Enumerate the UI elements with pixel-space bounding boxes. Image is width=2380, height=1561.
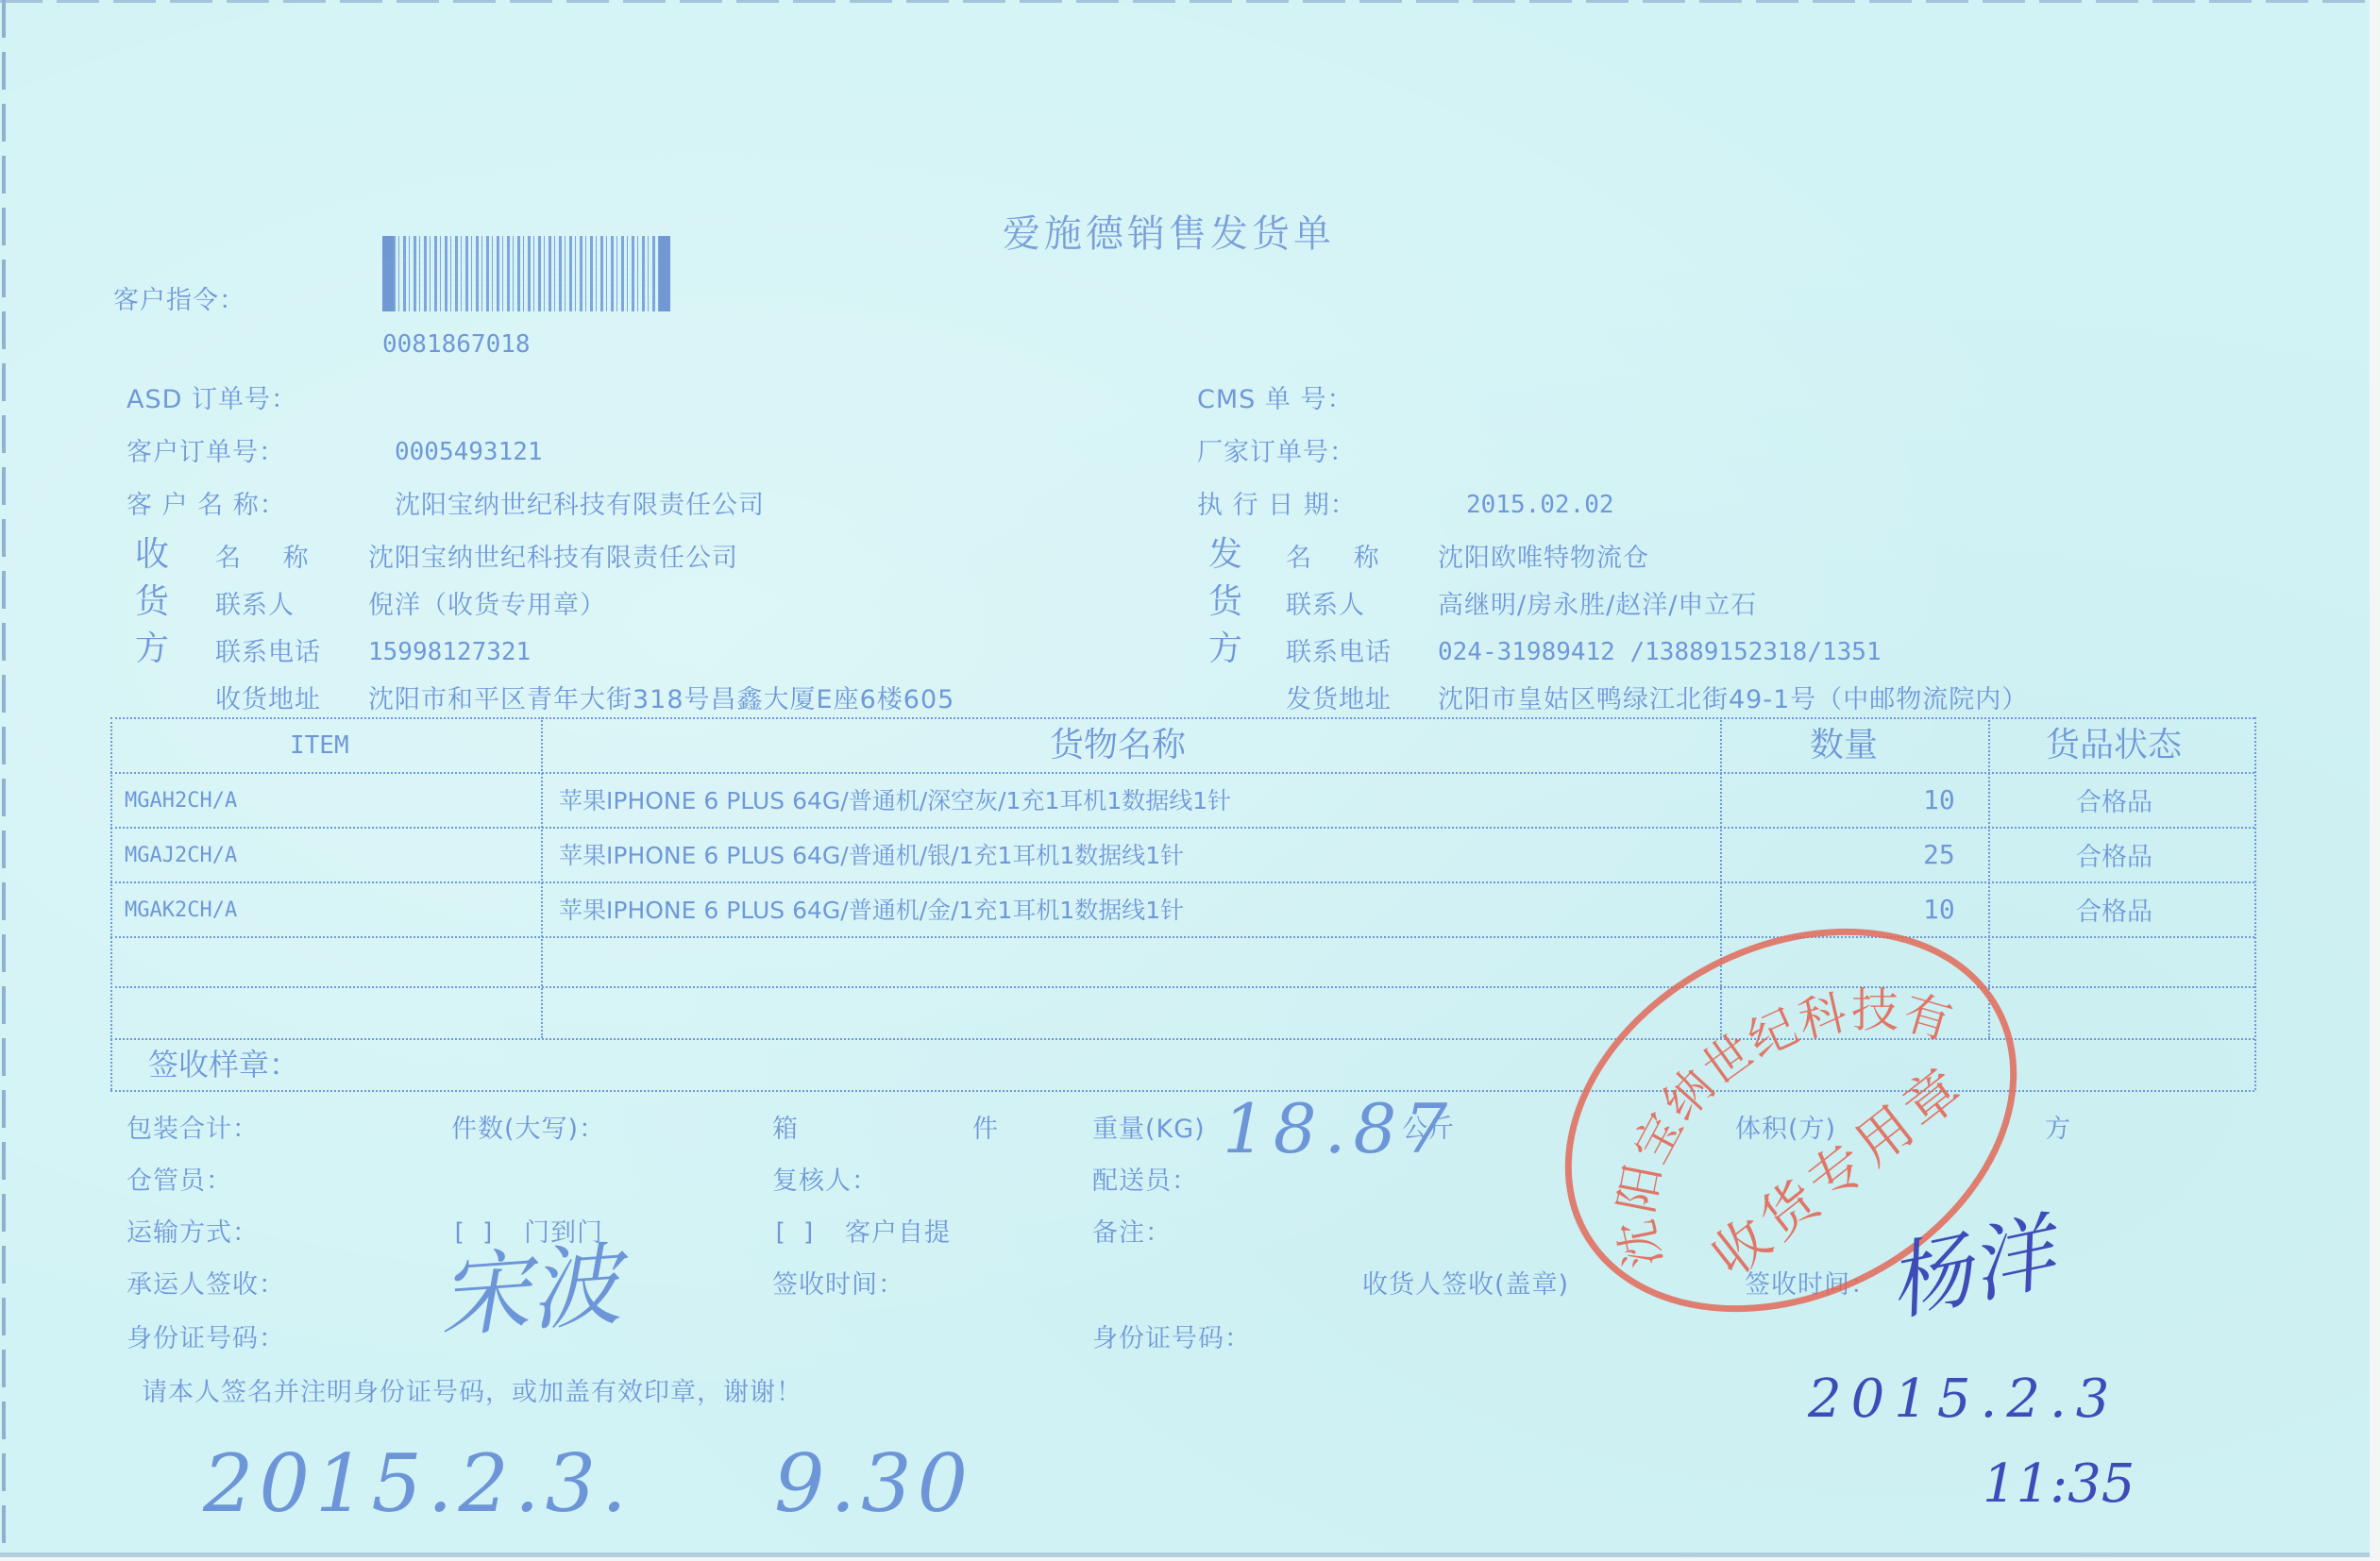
- carrier-id-number-label: 身份证号码：: [127, 1326, 285, 1351]
- sender-contact-value: 高继明/房永胜/赵洋/申立石: [1438, 593, 1757, 618]
- table-rule: [110, 772, 2254, 774]
- row-status: 合格品: [2076, 845, 2152, 870]
- row-goods-name: 苹果IPHONE 6 PLUS 64G/普通机/银/1充1耳机1数据线1针: [559, 844, 1184, 867]
- barcode: [382, 236, 670, 311]
- receiver-date-handwritten: 2015.2.3: [1808, 1373, 2118, 1426]
- exec-date-value: 2015.02.02: [1466, 493, 1614, 517]
- perforated-edge-left: [2, 0, 6, 1557]
- receiver-phone-label: 联系电话: [215, 640, 321, 665]
- receiver-contact-value: 倪洋（收货专用章）: [368, 593, 606, 618]
- row-goods-name: 苹果IPHONE 6 PLUS 64G/普通机/深空灰/1充1耳机1数据线1针: [559, 789, 1231, 813]
- receiver-contact-label: 联系人: [215, 593, 295, 618]
- cms-order-label: CMS 单 号：: [1197, 387, 1353, 412]
- customer-order-value: 0005493121: [395, 440, 543, 464]
- row-status: 合格品: [2076, 899, 2152, 925]
- barcode-number: 0081867018: [382, 332, 531, 357]
- receiver-side-char-1: 收: [135, 538, 170, 572]
- paper-bottom-edge: [0, 1553, 2370, 1557]
- deliverer-label: 配送员：: [1092, 1168, 1198, 1194]
- self-pickup-checkbox[interactable]: [ ]: [772, 1220, 817, 1245]
- table-border-right: [2254, 717, 2256, 1090]
- pieces-label: 件数(大写)：: [451, 1116, 605, 1142]
- sender-phone-label: 联系电话: [1286, 640, 1392, 665]
- carrier-signature-handwritten: 宋波: [436, 1239, 623, 1342]
- table-border-top: [110, 717, 2254, 719]
- table-rule: [110, 881, 2254, 883]
- package-total-label: 包装合计：: [127, 1116, 259, 1142]
- factory-order-label: 厂家订单号：: [1197, 440, 1356, 465]
- signature-notice: 请本人签名并注明身份证号码，或加盖有效印章，谢谢！: [142, 1380, 802, 1405]
- carrier-sign-label: 承运人签收：: [127, 1272, 285, 1298]
- transport-method-label: 运输方式：: [127, 1220, 259, 1246]
- self-pickup-label: 客户自提: [845, 1220, 951, 1246]
- weight-label: 重量(KG): [1092, 1116, 1206, 1142]
- sign-sample-label: 签收样章：: [148, 1049, 299, 1080]
- carrier-date-handwritten: 2015.2.3.: [203, 1444, 633, 1523]
- customer-instruction-label: 客户指令：: [113, 288, 245, 313]
- receiver-side-char-2: 货: [135, 585, 170, 619]
- asd-order-label: ASD 订单号：: [127, 387, 297, 412]
- row-item-code: MGAK2CH/A: [125, 900, 237, 921]
- sender-phone-value: 024-31989412 /13889152318/1351: [1438, 640, 1882, 664]
- receiver-address-label: 收货地址: [215, 687, 321, 713]
- customer-name-label: 客 户 名 称：: [127, 493, 286, 518]
- receiver-name-label: 名 称: [215, 546, 326, 571]
- perforated-edge-top: [0, 0, 2370, 3]
- weight-unit: 公斤: [1402, 1116, 1455, 1142]
- receiver-address-value: 沈阳市和平区青年大街318号昌鑫大厦E座6楼605: [368, 687, 954, 713]
- sender-address-label: 发货地址: [1286, 687, 1392, 713]
- row-item-code: MGAH2CH/A: [125, 791, 237, 812]
- receiver-time-handwritten: 11:35: [1983, 1458, 2135, 1511]
- receiver-id-number-label: 身份证号码：: [1092, 1326, 1251, 1351]
- row-quantity: 10: [1923, 787, 1955, 814]
- column-header-goods-name: 货物名称: [1050, 729, 1186, 763]
- exec-date-label: 执 行 日 期：: [1197, 493, 1357, 518]
- document-title: 爱施德销售发货单: [1003, 215, 1335, 253]
- customer-name-value: 沈阳宝纳世纪科技有限责任公司: [395, 493, 765, 518]
- sender-contact-label: 联系人: [1286, 593, 1365, 618]
- sender-name-label: 名 称: [1286, 546, 1396, 571]
- box-label: 箱: [772, 1116, 799, 1142]
- sender-side-char-3: 方: [1208, 632, 1243, 666]
- receiver-phone-value: 15998127321: [368, 640, 531, 664]
- warehouse-keeper-label: 仓管员：: [127, 1168, 232, 1194]
- column-header-item: ITEM: [290, 733, 349, 758]
- carrier-time-handwritten: 9.30: [774, 1444, 973, 1523]
- table-border-left: [110, 717, 112, 1090]
- row-quantity: 25: [1923, 842, 1955, 868]
- sender-name-value: 沈阳欧唯特物流仓: [1438, 546, 1649, 571]
- receiver-sign-label: 收货人签收(盖章): [1362, 1272, 1569, 1298]
- receiver-name-value: 沈阳宝纳世纪科技有限责任公司: [368, 546, 738, 571]
- column-header-quantity: 数量: [1810, 729, 1878, 763]
- sender-side-char-1: 发: [1208, 538, 1243, 572]
- reviewer-label: 复核人：: [772, 1168, 878, 1194]
- table-col-divider: [541, 717, 543, 1038]
- table-rule: [110, 827, 2254, 829]
- remarks-label: 备注：: [1092, 1220, 1172, 1246]
- row-status: 合格品: [2076, 790, 2152, 815]
- customer-order-label: 客户订单号：: [127, 440, 285, 465]
- carrier-sign-time-label: 签收时间：: [772, 1272, 904, 1298]
- row-item-code: MGAJ2CH/A: [125, 846, 237, 866]
- sender-side-char-2: 货: [1208, 585, 1243, 619]
- column-header-status: 货品状态: [2046, 729, 2182, 763]
- piece-unit: 件: [972, 1116, 999, 1142]
- receiver-side-char-3: 方: [135, 632, 170, 666]
- sender-address-value: 沈阳市皇姑区鸭绿江北街49-1号（中邮物流院内）: [1438, 687, 2028, 713]
- row-goods-name: 苹果IPHONE 6 PLUS 64G/普通机/金/1充1耳机1数据线1针: [559, 898, 1184, 922]
